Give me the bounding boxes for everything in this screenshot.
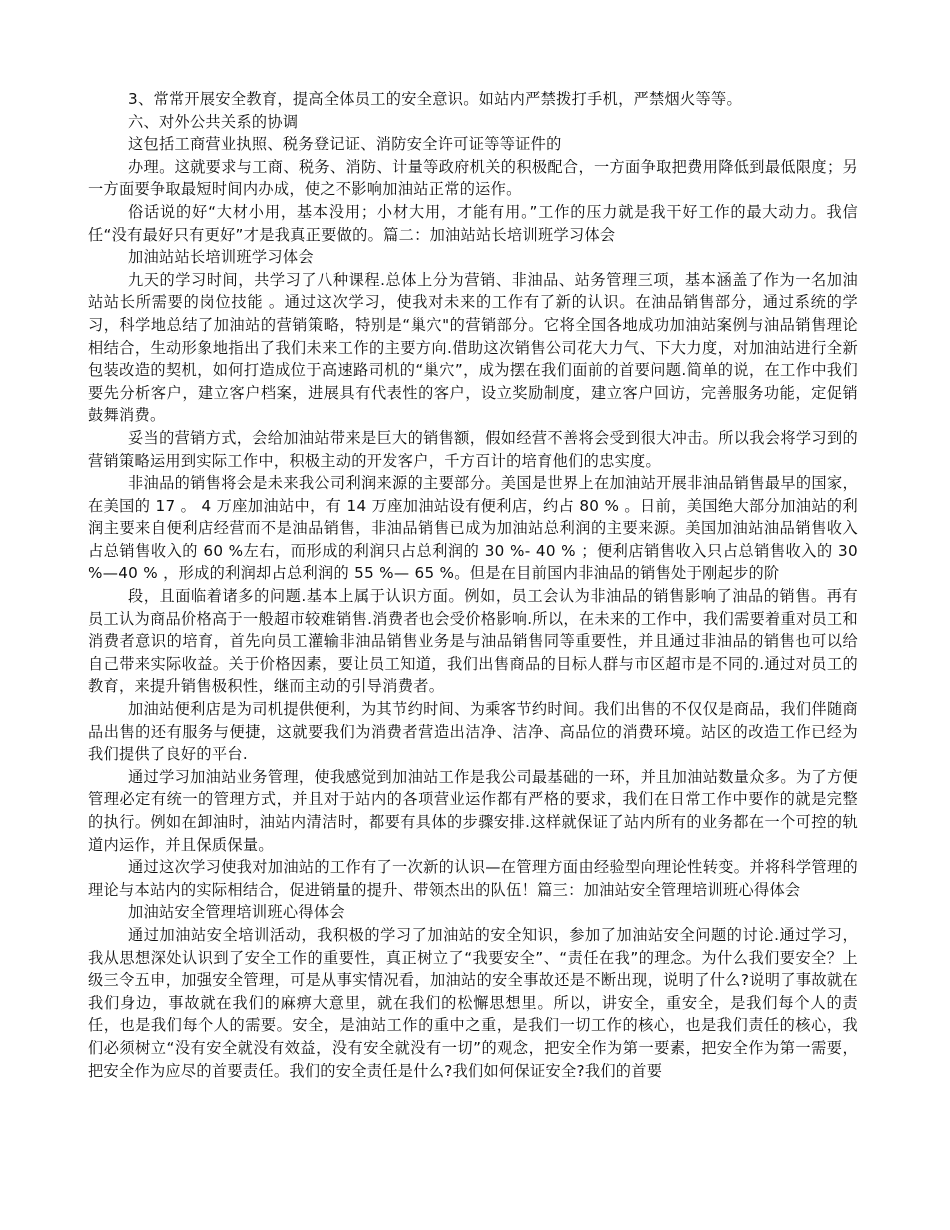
paragraph-non-oil-sales: 非油品的销售将会是未来我公司利润来源的主要部分。美国是世界上在加油站开展非油品销… [88,472,858,585]
paragraph-safety-training: 通过加油站安全培训活动，我积极的学习了加油站的安全知识，参加了加油站安全问题的讨… [88,924,858,1082]
paragraph-nine-days-study: 九天的学习时间，共学习了八种课程.总体上分为营销、非油品、站务管理三项，基本涵盖… [88,269,858,427]
section-heading-public-relations: 六、对外公共关系的协调 [88,111,858,134]
section-title-stationmaster-training: 加油站站长培训班学习体会 [88,246,858,269]
paragraph-licenses: 这包括工商营业执照、税务登记证、消防安全许可证等等证件的 [88,133,858,156]
paragraph-convenience-store: 加油站便利店是为司机提供便利，为其节约时间、为乘客节约时间。我们出售的不仅仅是商… [88,698,858,766]
paragraph-proverb: 俗话说的好“大材小用，基本没用；小材大用，才能有用。”工作的压力就是我干好工作的… [88,201,858,246]
document-page: 3、常常开展安全教育，提高全体员工的安全意识。如站内严禁拨打手机，严禁烟火等等。… [88,88,858,1082]
paragraph-marketing: 妥当的营销方式，会给加油站带来是巨大的销售额，假如经营不善将会受到很大冲击。所以… [88,427,858,472]
paragraph-staff-awareness: 段，且面临着诸多的问题.基本上属于认识方面。例如，员工会认为非油品的销售影响了油… [88,585,858,698]
paragraph-new-understanding: 通过这次学习使我对加油站的工作有了一次新的认识—在管理方面由经验型向理论性转变。… [88,856,858,901]
paragraph-business-management: 通过学习加油站业务管理，使我感觉到加油站工作是我公司最基础的一环，并且加油站数量… [88,766,858,856]
paragraph-safety-education: 3、常常开展安全教育，提高全体员工的安全意识。如站内严禁拨打手机，严禁烟火等等。 [88,88,858,111]
section-title-safety-training: 加油站安全管理培训班心得体会 [88,901,858,924]
paragraph-government-cooperation: 办理。这就要求与工商、税务、消防、计量等政府机关的积极配合，一方面争取把费用降低… [88,156,858,201]
